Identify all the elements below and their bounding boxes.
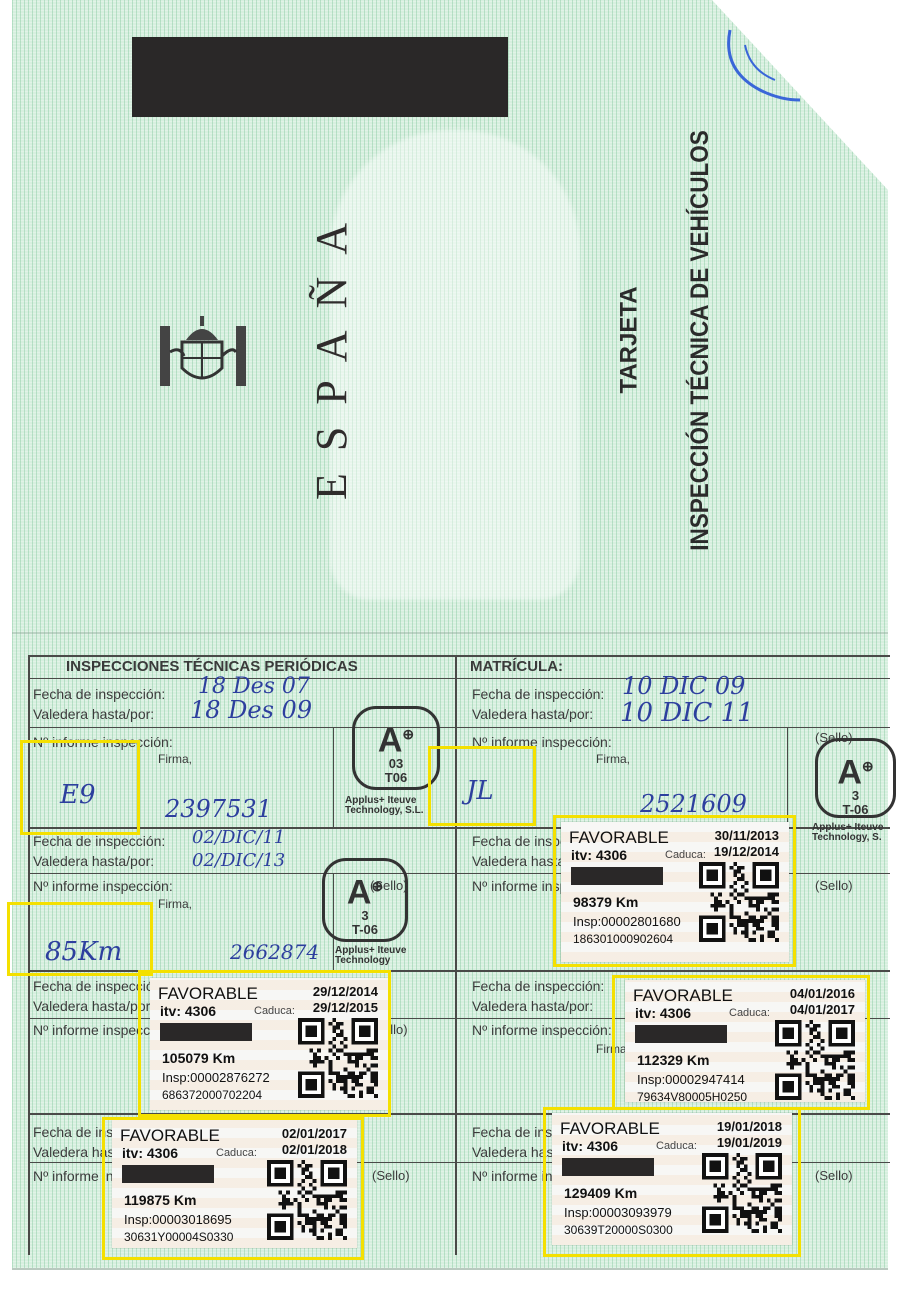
signature-label: Firma, bbox=[596, 752, 630, 766]
valid-until-label: Valedera hasta/por: bbox=[33, 853, 154, 869]
card-title: INSPECCIÓN TÉCNICA DE VEHÍCULOS bbox=[676, 110, 726, 570]
card-fold-line bbox=[12, 632, 888, 634]
handwritten-report-no: 2662874 bbox=[230, 940, 319, 964]
seal-divider bbox=[333, 727, 334, 827]
field-divider bbox=[28, 727, 890, 728]
date-label: Fecha de inspección: bbox=[33, 686, 165, 702]
applus-seal-stamp: A⊕3T-06 bbox=[322, 858, 408, 942]
valid-until-label: Valedera hasta/por: bbox=[472, 706, 593, 722]
card-word: TARJETA bbox=[605, 270, 655, 410]
stamp-brand-text: Applus+ Iteuve Technology, S. bbox=[812, 823, 898, 843]
seal-label: (Sello) bbox=[372, 1168, 410, 1183]
valid-until-label: Valedera hasta/por: bbox=[33, 706, 154, 722]
date-label: Fecha de inspección: bbox=[472, 686, 604, 702]
stamp-brand-text: Applus+ Iteuve Technology bbox=[335, 946, 425, 966]
date-label: Fecha de inspección: bbox=[472, 978, 604, 994]
registration-header: MATRÍCULA: bbox=[470, 658, 563, 675]
highlight-box bbox=[20, 740, 140, 835]
highlight-box bbox=[138, 970, 391, 1117]
spanish-coat-of-arms-icon bbox=[158, 312, 248, 396]
highlight-box bbox=[428, 746, 536, 826]
seal-divider bbox=[787, 727, 788, 827]
handwritten-valid-until: 02/DIC/13 bbox=[192, 850, 285, 871]
signature-label: Firma, bbox=[158, 752, 192, 766]
date-label: Fecha de inspección: bbox=[33, 833, 165, 849]
handwritten-report-no: 2397531 bbox=[165, 795, 272, 823]
valid-until-label: Valedera hasta/por: bbox=[472, 998, 593, 1014]
country-title: ESPAÑA bbox=[292, 200, 372, 500]
seal-label: (Sello) bbox=[815, 878, 853, 893]
redaction-block bbox=[132, 37, 508, 117]
periodic-inspections-header: INSPECCIONES TÉCNICAS PERIÓDICAS bbox=[66, 658, 358, 675]
handwritten-valid-until: 10 DIC 11 bbox=[620, 698, 754, 728]
report-no-label: Nº informe inspección: bbox=[472, 1022, 612, 1038]
applus-seal-stamp: A⊕3T-06 bbox=[815, 738, 896, 818]
seal-label: (Sello) bbox=[815, 1168, 853, 1183]
valid-until-label: Valedera hasta/por: bbox=[33, 998, 154, 1014]
grid-mid-vertical bbox=[455, 655, 457, 1255]
applus-seal-stamp: A⊕03T06 bbox=[352, 706, 440, 790]
report-no-label: Nº informe inspección: bbox=[33, 878, 173, 894]
highlight-box bbox=[7, 902, 153, 976]
header-underline bbox=[28, 678, 890, 679]
handwritten-date: 02/DIC/11 bbox=[192, 827, 285, 848]
highlight-box bbox=[612, 975, 870, 1110]
highlight-box bbox=[102, 1117, 364, 1260]
signature-label: Firma, bbox=[158, 897, 192, 911]
highlight-box bbox=[553, 815, 796, 967]
pen-scribble-mark bbox=[720, 25, 815, 110]
handwritten-valid-until: 18 Des 09 bbox=[190, 696, 312, 724]
highlight-box bbox=[543, 1107, 801, 1257]
grid-top-line bbox=[28, 655, 890, 657]
handwritten-date: 10 DIC 09 bbox=[622, 672, 745, 700]
handwritten-report-no: 2521609 bbox=[640, 790, 747, 818]
